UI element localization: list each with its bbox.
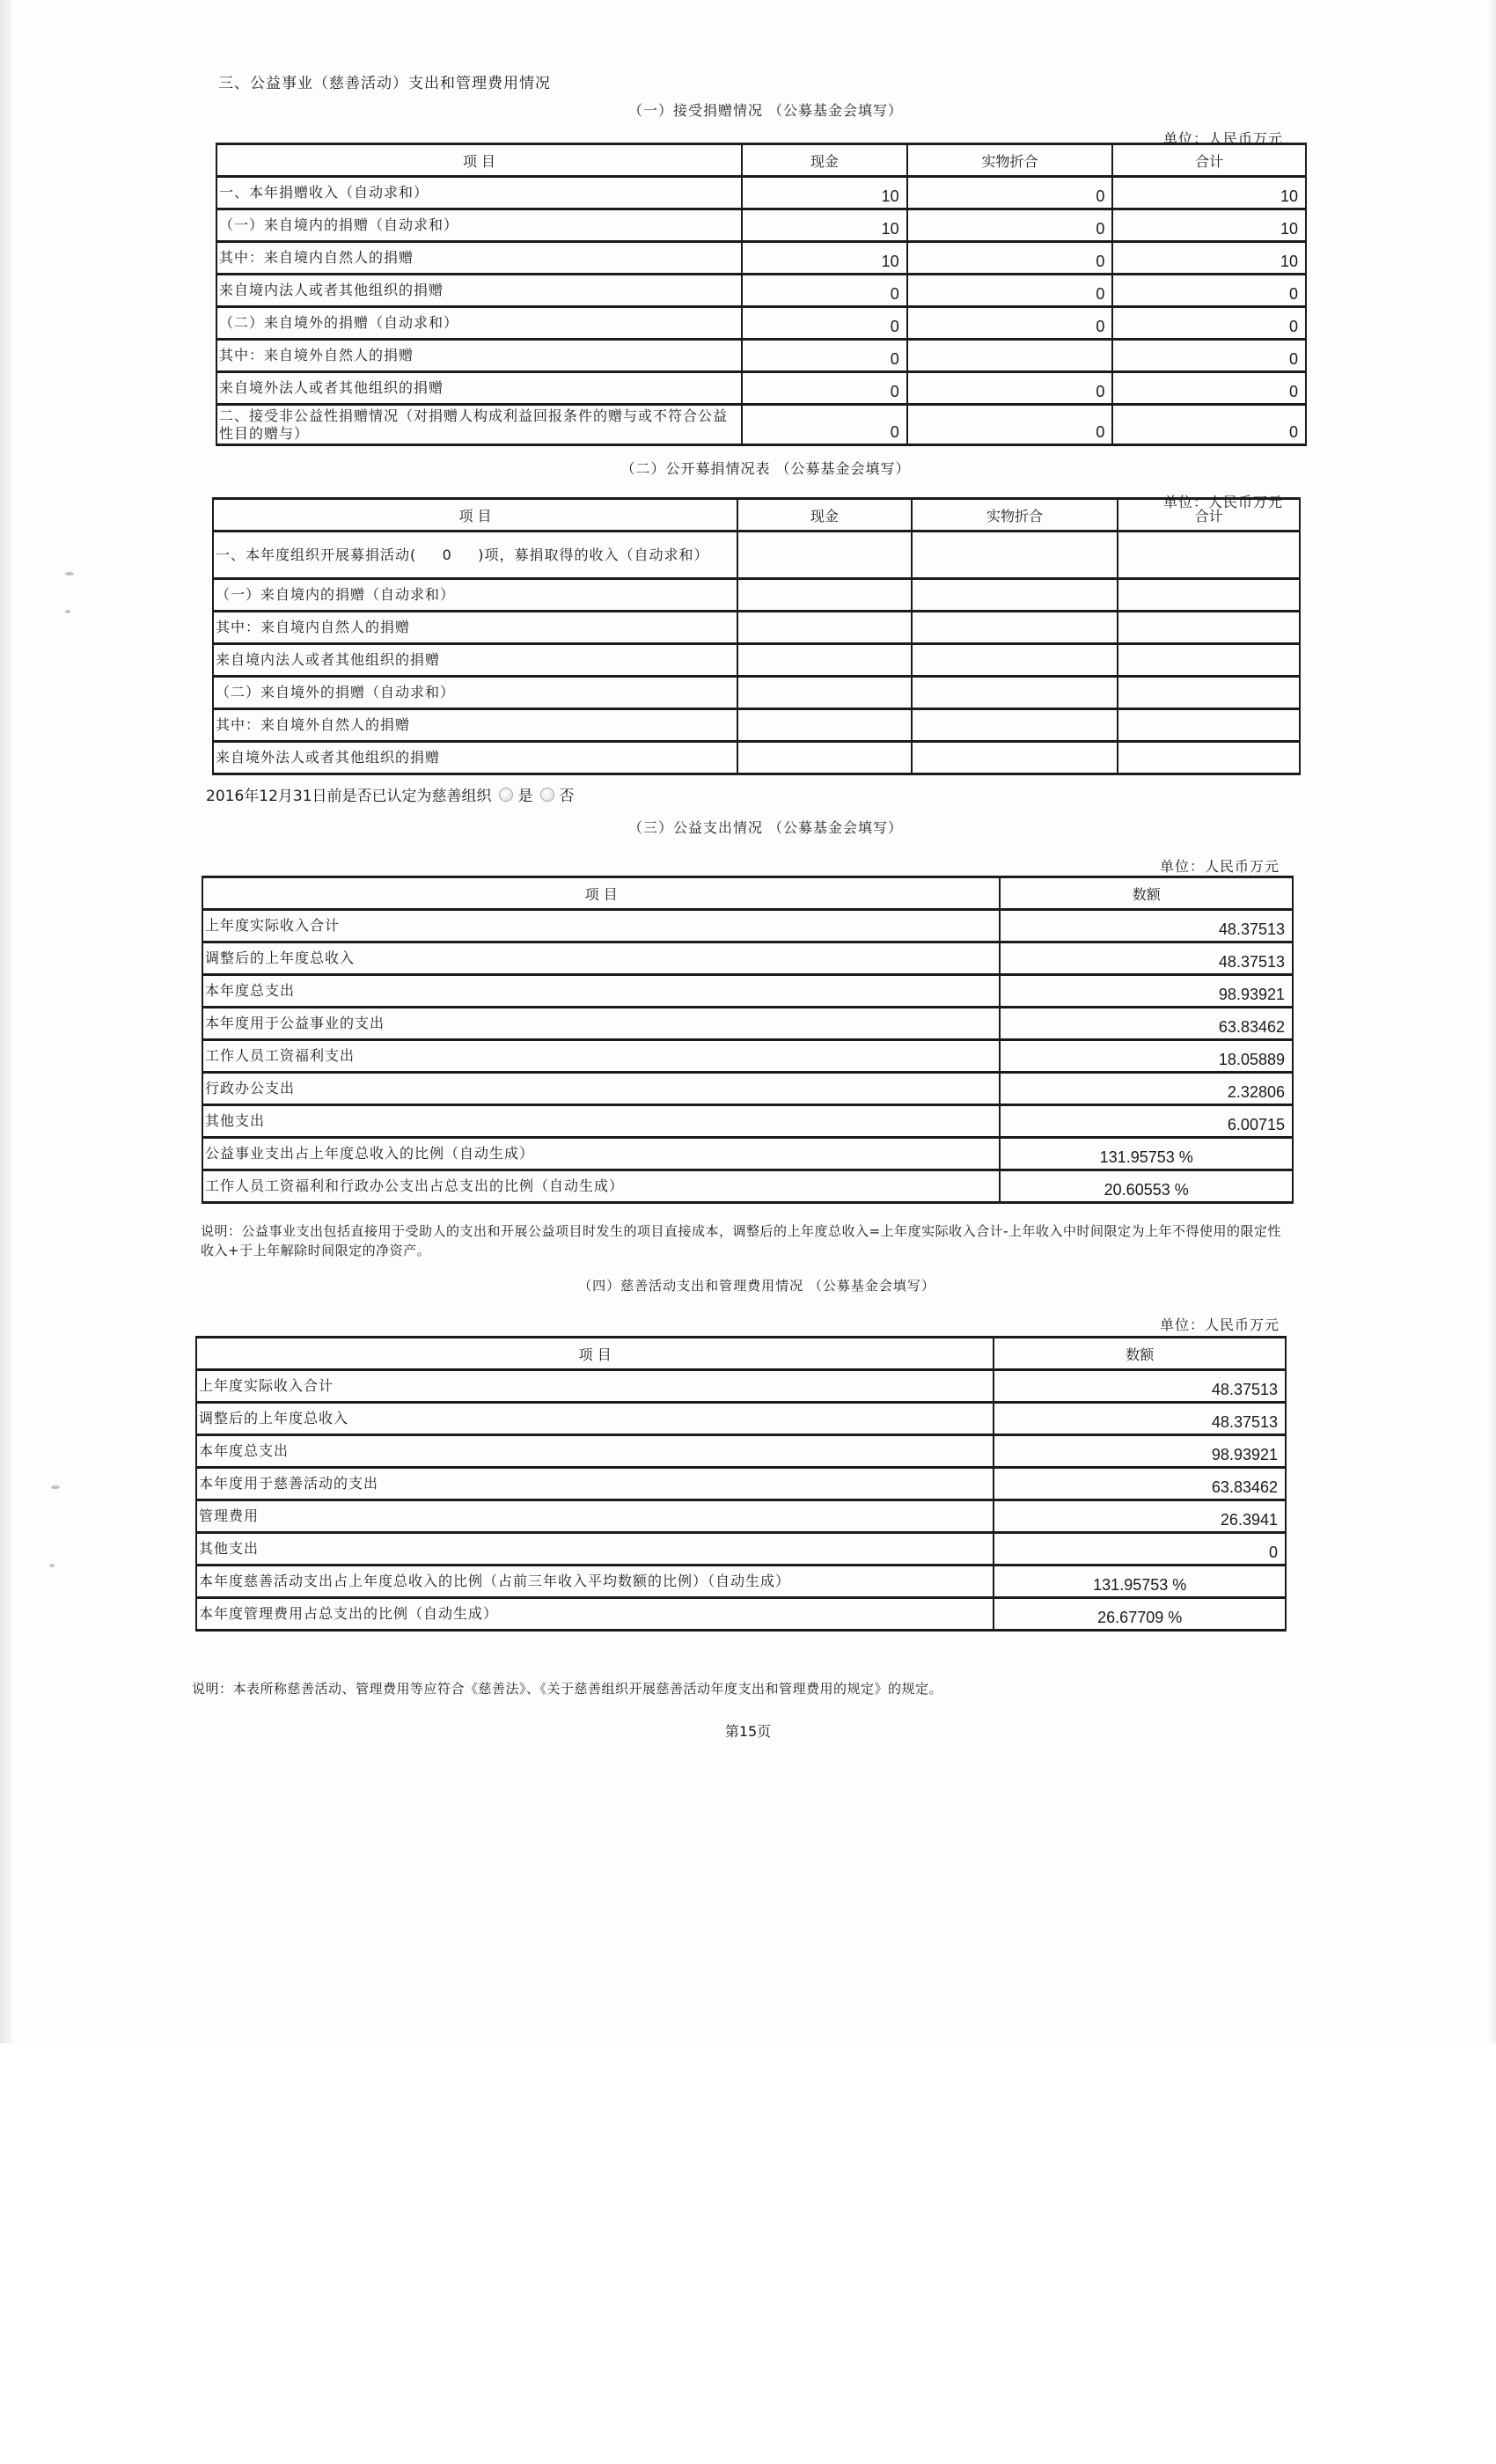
header-row: 项 目现金实物折合合计 [216, 144, 1306, 177]
column-header: 实物折合 [907, 144, 1113, 177]
activity-count-field[interactable]: 0 [416, 546, 478, 564]
cell-amount: 98.93921 [1000, 975, 1293, 1008]
cell-amount: 48.37513 [1000, 942, 1293, 975]
table-row: 本年度用于公益事业的支出63.83462 [202, 1008, 1293, 1040]
label-suffix: )项，募捐取得的收入（自动求和） [478, 546, 708, 563]
cell-cash: 10 [742, 177, 907, 209]
cell-amount: 20.60553 % [1000, 1170, 1293, 1203]
row-label: 本年度总支出 [202, 975, 1000, 1008]
row-label: 本年度用于公益事业的支出 [202, 1008, 1000, 1040]
table-row: 来自境外法人或者其他组织的捐赠000 [216, 372, 1306, 405]
cell-cash: 0 [742, 275, 907, 307]
table-row: 来自境内法人或者其他组织的捐赠 [213, 644, 1300, 677]
table-row: （一）来自境内的捐赠（自动求和） [213, 579, 1300, 612]
empty-cell[interactable] [1118, 612, 1300, 644]
row-label: 一、本年捐赠收入（自动求和） [216, 177, 742, 209]
table-row: 管理费用26.3941 [196, 1500, 1286, 1533]
cell-cash: 0 [742, 405, 907, 445]
cell-total: 0 [1112, 307, 1306, 340]
public-fundraising-table: 项 目现金实物折合合计一、本年度组织开展募捐活动(0)项，募捐取得的收入（自动求… [212, 497, 1301, 775]
cell-total: 10 [1112, 209, 1306, 242]
header-row: 项 目数额 [196, 1338, 1286, 1370]
table-row: 其中：来自境内自然人的捐赠10010 [216, 242, 1306, 275]
row-label: 二、接受非公益性捐赠情况（对捐赠人构成利益回报条件的赠与或不符合公益性目的赠与） [216, 405, 742, 445]
section-heading: 三、公益事业（慈善活动）支出和管理费用情况 [218, 70, 551, 92]
empty-cell[interactable] [737, 709, 912, 742]
row-label: 一、本年度组织开展募捐活动(0)项，募捐取得的收入（自动求和） [213, 532, 737, 579]
empty-cell[interactable] [1118, 532, 1300, 579]
empty-cell[interactable] [1118, 742, 1300, 774]
radio-yes-icon[interactable] [499, 788, 513, 802]
table4-title: （四）慈善活动支出和管理费用情况 （公募基金会填写） [528, 1276, 986, 1294]
table-row: 其中：来自境外自然人的捐赠 [213, 709, 1300, 742]
cell-amount: 98.93921 [994, 1435, 1286, 1468]
cell-amount: 0 [994, 1533, 1286, 1566]
row-label: 其中：来自境外自然人的捐赠 [213, 709, 737, 742]
cell-total: 0 [1112, 340, 1306, 372]
table-row: 来自境外法人或者其他组织的捐赠 [213, 742, 1300, 774]
column-header: 现金 [737, 499, 912, 532]
empty-cell[interactable] [912, 677, 1118, 709]
cell-total: 0 [1112, 405, 1306, 445]
table3-unit: 单位：人民币万元 [1160, 855, 1280, 876]
empty-cell[interactable] [1118, 677, 1300, 709]
cell-amount: 48.37513 [994, 1403, 1286, 1435]
row-label: 本年度总支出 [196, 1435, 994, 1468]
charity-question-label: 2016年12月31日前是否已认定为慈善组织 [206, 783, 492, 805]
cell-total: 10 [1112, 242, 1306, 275]
column-header: 项 目 [202, 877, 1000, 910]
charity-activity-expenditure-table: 项 目数额上年度实际收入合计48.37513调整后的上年度总收入48.37513… [195, 1336, 1287, 1632]
cell-in-kind [907, 340, 1113, 372]
table-row: 调整后的上年度总收入48.37513 [202, 942, 1293, 975]
table-row: 本年度总支出98.93921 [202, 975, 1293, 1008]
cell-in-kind: 0 [907, 242, 1113, 275]
table-row: 公益事业支出占上年度总收入的比例（自动生成）131.95753 % [202, 1138, 1293, 1170]
row-label: 来自境内法人或者其他组织的捐赠 [216, 275, 742, 307]
column-header: 数额 [994, 1338, 1286, 1370]
column-header: 现金 [742, 144, 907, 177]
cell-amount: 63.83462 [994, 1468, 1286, 1500]
radio-option-yes[interactable]: 是 [499, 783, 533, 805]
public-welfare-expenditure-table: 项 目数额上年度实际收入合计48.37513调整后的上年度总收入48.37513… [202, 876, 1294, 1204]
cell-in-kind: 0 [907, 275, 1113, 307]
row-label: 来自境外法人或者其他组织的捐赠 [213, 742, 737, 774]
donations-received-table: 项 目现金实物折合合计一、本年捐赠收入（自动求和）10010（一）来自境内的捐赠… [216, 143, 1307, 446]
scan-speck [65, 610, 70, 613]
table-row: 本年度慈善活动支出占上年度总收入的比例（占前三年收入平均数额的比例）（自动生成）… [196, 1566, 1286, 1598]
cell-cash: 10 [742, 242, 907, 275]
table-row: 调整后的上年度总收入48.37513 [196, 1403, 1286, 1435]
empty-cell[interactable] [737, 677, 912, 709]
empty-cell[interactable] [737, 644, 912, 677]
row-label: （二）来自境外的捐赠（自动求和） [213, 677, 737, 709]
table2-title: （二）公开募捐情况表 （公募基金会填写） [598, 458, 933, 478]
page-number: 第15页 [0, 1720, 1496, 1741]
empty-cell[interactable] [1118, 644, 1300, 677]
empty-cell[interactable] [912, 644, 1118, 677]
header-row: 项 目现金实物折合合计 [213, 499, 1300, 532]
row-label: 上年度实际收入合计 [196, 1370, 994, 1403]
cell-cash: 10 [742, 209, 907, 242]
table3-note: 说明：公益事业支出包括直接用于受助人的支出和开展公益项目时发生的项目直接成本，调… [201, 1221, 1292, 1260]
column-header: 合计 [1112, 144, 1306, 177]
empty-cell[interactable] [912, 532, 1118, 579]
table-row: 本年度总支出98.93921 [196, 1435, 1286, 1468]
row-label: （一）来自境内的捐赠（自动求和） [213, 579, 737, 612]
cell-total: 0 [1112, 372, 1306, 405]
column-header: 项 目 [216, 144, 742, 177]
row-label: 工作人员工资福利支出 [202, 1040, 1000, 1073]
scan-speck [51, 1485, 60, 1489]
row-label: （二）来自境外的捐赠（自动求和） [216, 307, 742, 340]
cell-cash: 0 [742, 307, 907, 340]
table-row: 本年度用于慈善活动的支出63.83462 [196, 1468, 1286, 1500]
row-label: 工作人员工资福利和行政办公支出占总支出的比例（自动生成） [202, 1170, 1000, 1203]
scan-speck [49, 1564, 55, 1567]
row-label: 本年度用于慈善活动的支出 [196, 1468, 994, 1500]
table-row: 一、本年度组织开展募捐活动(0)项，募捐取得的收入（自动求和） [213, 532, 1300, 579]
radio-option-no[interactable]: 否 [540, 783, 575, 805]
cell-amount: 2.32806 [1000, 1073, 1293, 1105]
cell-amount: 26.67709 % [994, 1598, 1286, 1631]
empty-cell[interactable] [912, 612, 1118, 644]
row-label: 本年度管理费用占总支出的比例（自动生成） [196, 1598, 994, 1631]
scan-speck [65, 572, 74, 576]
cell-amount: 131.95753 % [1000, 1138, 1293, 1170]
column-header: 项 目 [196, 1338, 994, 1370]
row-label: 公益事业支出占上年度总收入的比例（自动生成） [202, 1138, 1000, 1170]
cell-in-kind: 0 [907, 177, 1113, 209]
empty-cell[interactable] [737, 612, 912, 644]
table1-title: （一）接受捐赠情况 （公募基金会填写） [598, 99, 933, 120]
row-label: 其他支出 [196, 1533, 994, 1566]
row-label: 其中：来自境内自然人的捐赠 [216, 242, 742, 275]
row-label: 其中：来自境内自然人的捐赠 [213, 612, 737, 644]
cell-total: 10 [1112, 177, 1306, 209]
table-row: 其他支出6.00715 [202, 1105, 1293, 1138]
table-row: 工作人员工资福利支出18.05889 [202, 1040, 1293, 1073]
row-label: 来自境外法人或者其他组织的捐赠 [216, 372, 742, 405]
row-label: 行政办公支出 [202, 1073, 1000, 1105]
table-row: 其中：来自境外自然人的捐赠00 [216, 340, 1306, 372]
charity-recognition-question: 2016年12月31日前是否已认定为慈善组织 是 否 [206, 783, 575, 805]
cell-cash: 0 [742, 340, 907, 372]
table-row: 行政办公支出2.32806 [202, 1073, 1293, 1105]
table3-title: （三）公益支出情况 （公募基金会填写） [598, 817, 933, 837]
column-header: 数额 [1000, 877, 1293, 910]
table-row: 工作人员工资福利和行政办公支出占总支出的比例（自动生成）20.60553 % [202, 1170, 1293, 1203]
cell-amount: 48.37513 [994, 1370, 1286, 1403]
cell-amount: 63.83462 [1000, 1008, 1293, 1040]
table-row: 二、接受非公益性捐赠情况（对捐赠人构成利益回报条件的赠与或不符合公益性目的赠与）… [216, 405, 1306, 445]
table-row: 上年度实际收入合计48.37513 [202, 910, 1293, 942]
cell-amount: 131.95753 % [994, 1566, 1286, 1598]
table-row: （二）来自境外的捐赠（自动求和） [213, 677, 1300, 709]
table4-unit: 单位：人民币万元 [1160, 1314, 1280, 1334]
empty-cell[interactable] [737, 742, 912, 774]
column-header: 实物折合 [912, 499, 1118, 532]
row-label: 上年度实际收入合计 [202, 910, 1000, 942]
row-label: （一）来自境内的捐赠（自动求和） [216, 209, 742, 242]
empty-cell[interactable] [912, 709, 1118, 742]
cell-in-kind: 0 [907, 209, 1113, 242]
cell-in-kind: 0 [907, 405, 1113, 445]
table-row: （二）来自境外的捐赠（自动求和）000 [216, 307, 1306, 340]
empty-cell[interactable] [912, 742, 1118, 774]
table-row: 一、本年捐赠收入（自动求和）10010 [216, 177, 1306, 209]
empty-cell[interactable] [1118, 709, 1300, 742]
row-label: 调整后的上年度总收入 [202, 942, 1000, 975]
column-header: 合计 [1118, 499, 1300, 532]
empty-cell[interactable] [737, 579, 912, 612]
table-row: 其他支出0 [196, 1533, 1286, 1566]
table-row: 上年度实际收入合计48.37513 [196, 1370, 1286, 1403]
table-row: 其中：来自境内自然人的捐赠 [213, 612, 1300, 644]
cell-in-kind: 0 [907, 372, 1113, 405]
table4-note: 说明：本表所称慈善活动、管理费用等应符合《慈善法》、《关于慈善组织开展慈善活动年… [192, 1679, 1301, 1698]
empty-cell[interactable] [1118, 579, 1300, 612]
cell-amount: 6.00715 [1000, 1105, 1293, 1138]
empty-cell[interactable] [912, 579, 1118, 612]
cell-in-kind: 0 [907, 307, 1113, 340]
row-label: 管理费用 [196, 1500, 994, 1533]
label-prefix: 一、本年度组织开展募捐活动( [216, 546, 416, 563]
header-row: 项 目数额 [202, 877, 1293, 910]
table-row: 来自境内法人或者其他组织的捐赠000 [216, 275, 1306, 307]
row-label: 来自境内法人或者其他组织的捐赠 [213, 644, 737, 677]
table-row: （一）来自境内的捐赠（自动求和）10010 [216, 209, 1306, 242]
empty-cell[interactable] [737, 532, 912, 579]
radio-no-icon[interactable] [540, 788, 554, 802]
column-header: 项 目 [213, 499, 737, 532]
cell-amount: 18.05889 [1000, 1040, 1293, 1073]
table-row: 本年度管理费用占总支出的比例（自动生成）26.67709 % [196, 1598, 1286, 1631]
cell-amount: 48.37513 [1000, 910, 1293, 942]
cell-amount: 26.3941 [994, 1500, 1286, 1533]
row-label: 本年度慈善活动支出占上年度总收入的比例（占前三年收入平均数额的比例）（自动生成） [196, 1566, 994, 1598]
cell-total: 0 [1112, 275, 1306, 307]
row-label: 其中：来自境外自然人的捐赠 [216, 340, 742, 372]
row-label: 其他支出 [202, 1105, 1000, 1138]
row-label: 调整后的上年度总收入 [196, 1403, 994, 1435]
cell-cash: 0 [742, 372, 907, 405]
